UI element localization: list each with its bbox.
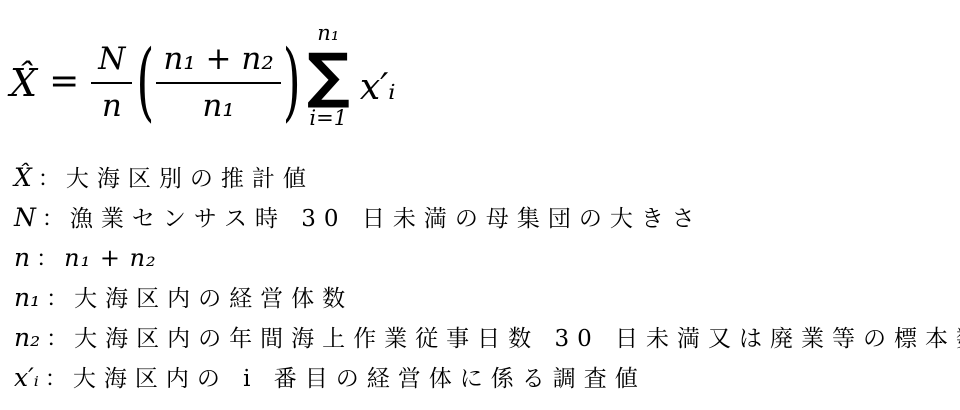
sigma-symbol: ∑	[307, 48, 350, 105]
definition-separator: ：	[36, 247, 58, 272]
definition-separator: ：	[45, 367, 67, 392]
variable-definitions: X̂：大海区別の推計値 N：漁業センサス時 30 日未満の母集団の大きさ n：n…	[14, 158, 960, 398]
definition-row-n2: n₂：大海区内の年間海上作業従事日数 30 日未満又は廃業等の標本数	[14, 318, 960, 358]
definition-row-N: N：漁業センサス時 30 日未満の母集団の大きさ	[14, 198, 960, 238]
formula-summand: x′ᵢ	[360, 67, 396, 108]
inner-fraction-denominator: n₁	[202, 84, 234, 126]
definition-symbol: n₁	[14, 283, 40, 312]
outer-fraction-numerator: N	[91, 40, 132, 84]
summation-lower-limit: i=1	[309, 107, 347, 130]
definition-symbol: N	[14, 203, 36, 232]
formula-equals-sign: =	[49, 61, 79, 102]
definition-separator: ：	[38, 167, 60, 192]
formula-outer-fraction: N n	[91, 40, 132, 126]
definition-row-n1: n₁：大海区内の経営体数	[14, 278, 960, 318]
definition-description: 大海区別の推計値	[66, 166, 314, 192]
outer-fraction-denominator: n	[102, 84, 122, 126]
definition-separator: ：	[46, 327, 68, 352]
definition-separator: ：	[42, 207, 64, 232]
definition-description: 大海区内の年間海上作業従事日数 30 日未満又は廃業等の標本数	[74, 326, 960, 352]
estimation-formula: X̂ = N n ( n₁ + n₂ n₁ ) n₁ ∑ i=1 x′ᵢ	[10, 4, 960, 144]
inner-fraction-numerator: n₁ + n₂	[156, 40, 280, 84]
formula-inner-fraction: n₁ + n₂ n₁	[156, 40, 280, 126]
definition-description: 大海区内の経営体数	[74, 286, 353, 312]
definition-separator: ：	[46, 287, 68, 312]
definition-row-n: n：n₁ + n₂	[14, 238, 960, 278]
definition-symbol: n₂	[14, 323, 40, 352]
definition-symbol: n	[14, 243, 30, 272]
definition-description: 大海区内の i 番目の経営体に係る調査値	[73, 366, 646, 392]
definition-symbol: X̂	[14, 163, 32, 192]
formula-summation: n₁ ∑ i=1	[307, 22, 350, 129]
formula-lhs-xhat: X̂	[10, 61, 37, 105]
definition-row-xhat: X̂：大海区別の推計値	[14, 158, 960, 198]
definition-description: 漁業センサス時 30 日未満の母集団の大きさ	[70, 206, 703, 232]
definition-description: n₁ + n₂	[64, 244, 157, 272]
formula-right-paren: )	[283, 38, 301, 123]
formula-left-paren: (	[136, 38, 154, 123]
document-page: X̂ = N n ( n₁ + n₂ n₁ ) n₁ ∑ i=1 x′ᵢ X̂：…	[0, 4, 960, 410]
definition-symbol: x′ᵢ	[14, 363, 39, 392]
definition-row-xi: x′ᵢ：大海区内の i 番目の経営体に係る調査値	[14, 358, 960, 398]
